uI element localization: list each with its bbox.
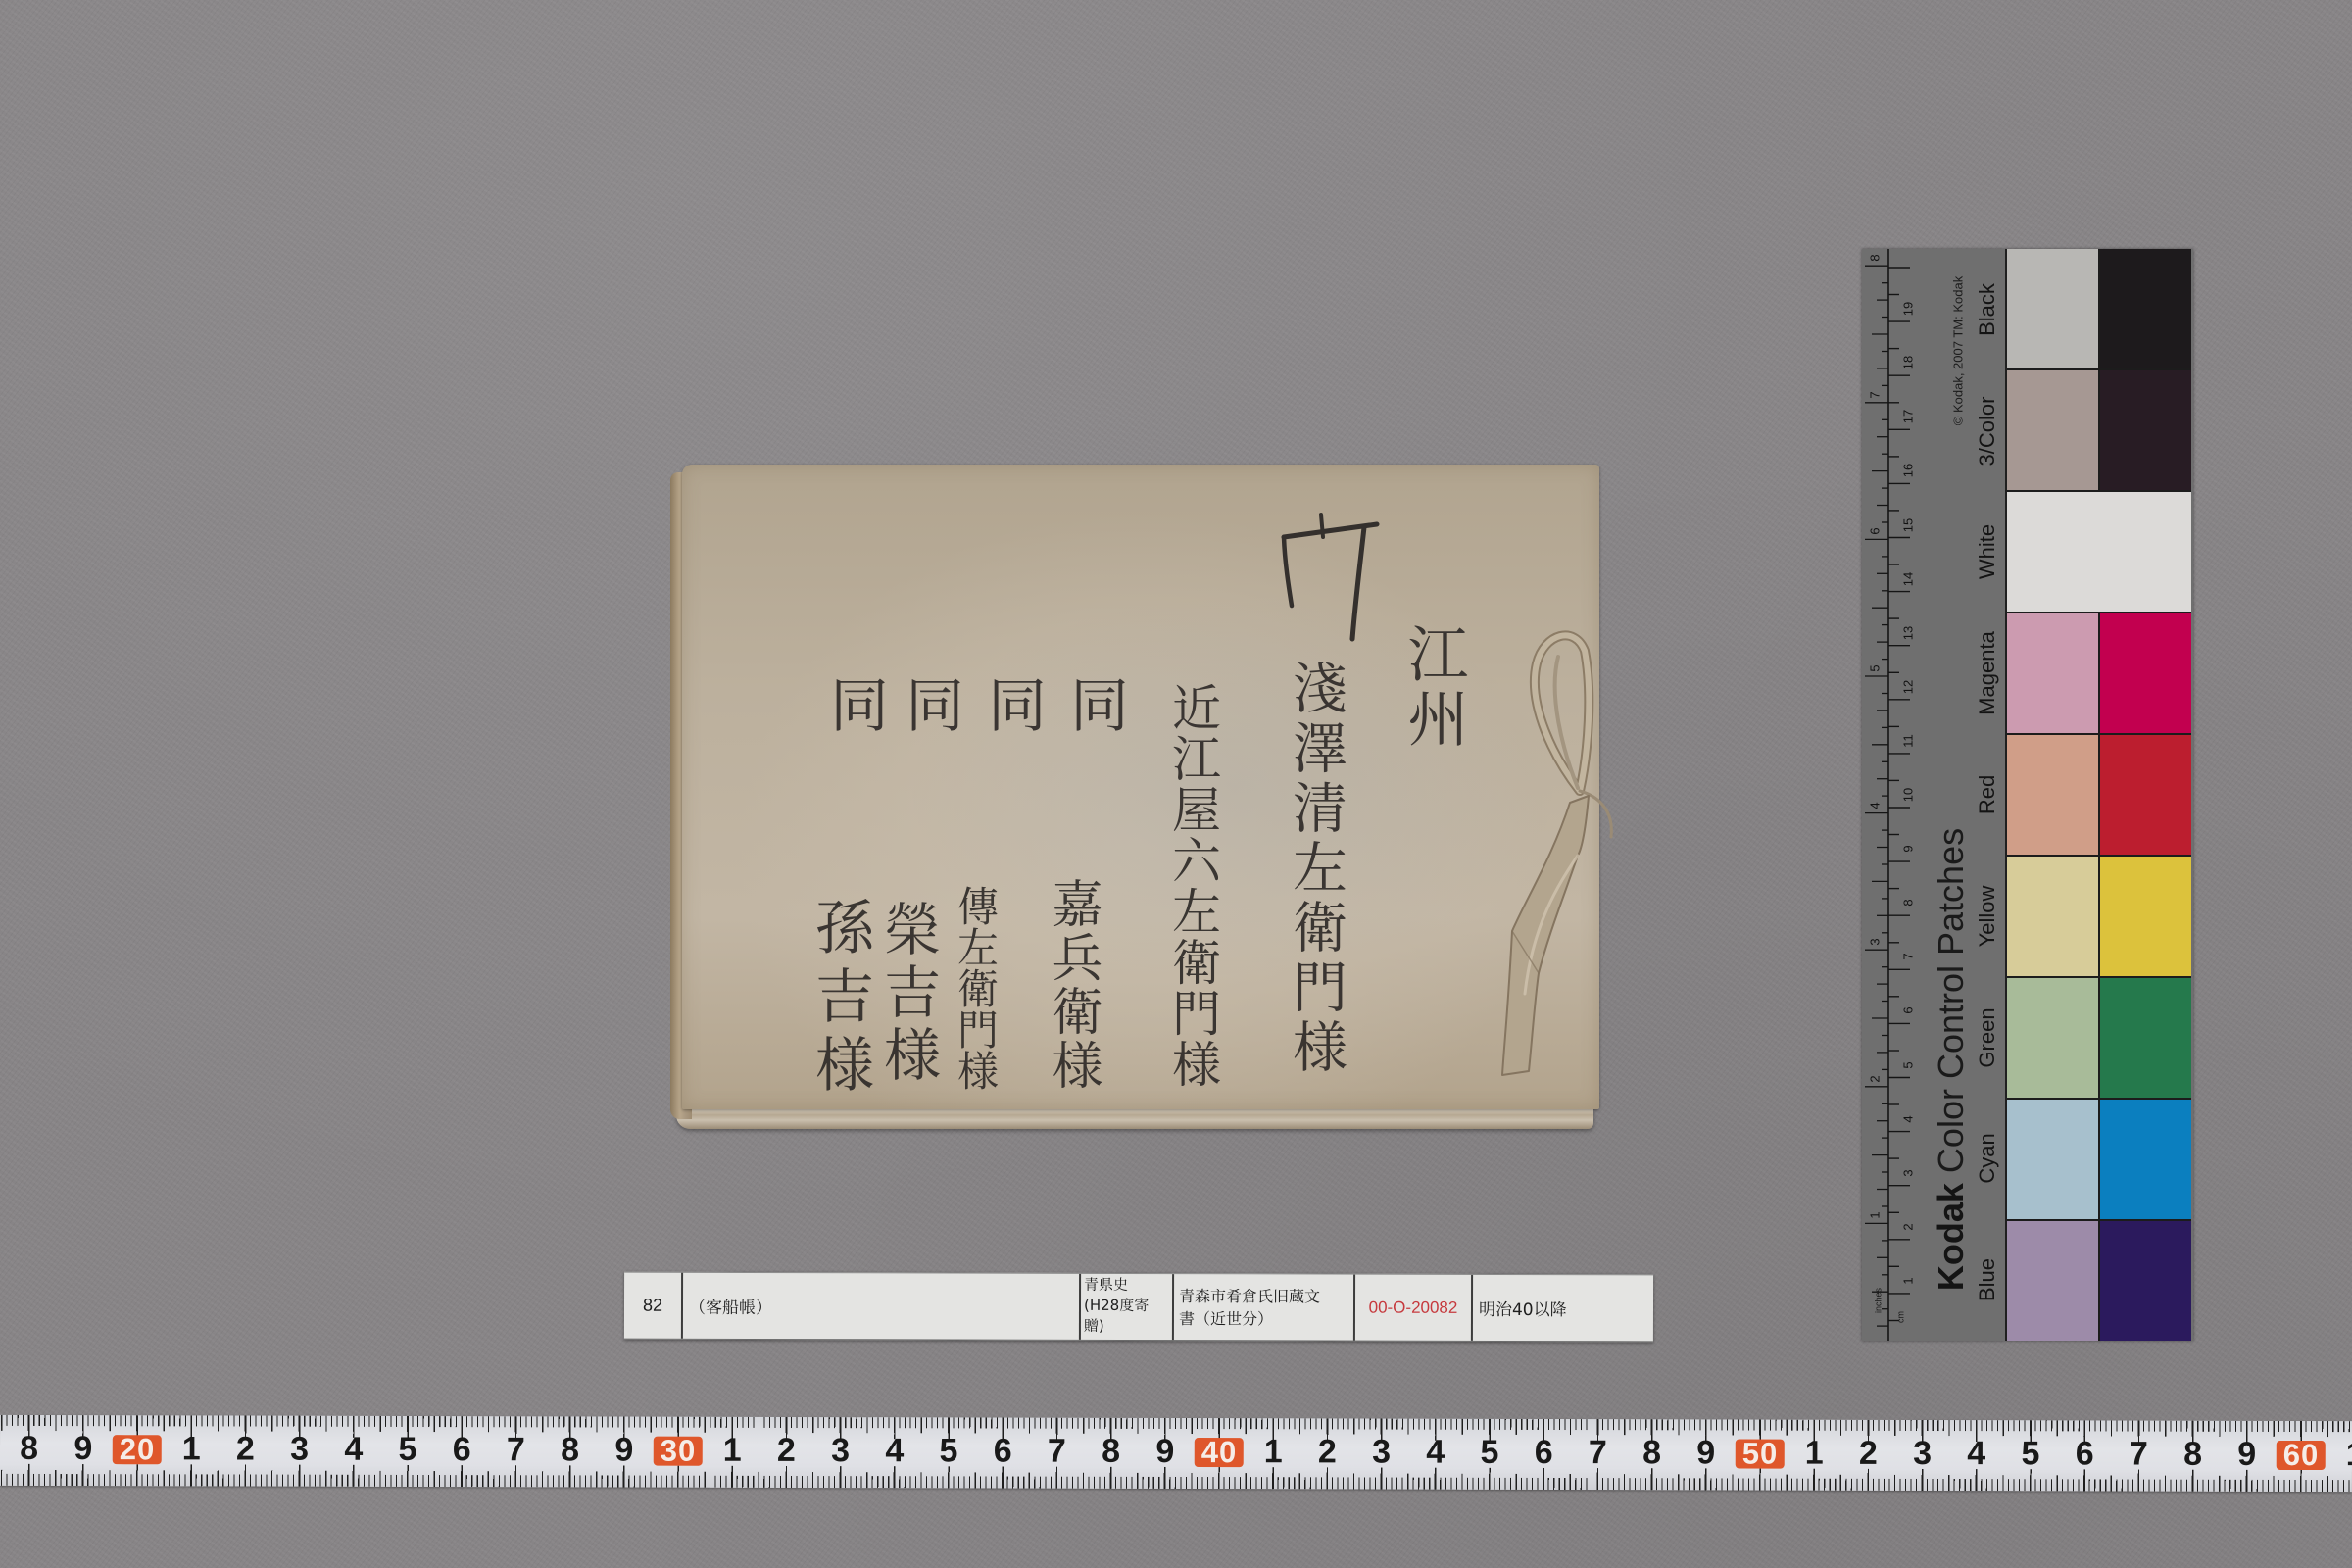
tape-cm-label: 1	[1264, 1432, 1283, 1471]
label-source-line: 書（近世分）	[1179, 1307, 1273, 1330]
binding-tie-icon	[670, 465, 1605, 1129]
cm-number: 9	[1902, 845, 1915, 852]
label-source: 青森市肴倉氏旧蔵文 書（近世分）	[1174, 1274, 1355, 1340]
measuring-tape: 8920123456789301234567894012345678950123…	[0, 1415, 2352, 1492]
card-ruler-strip: Kodak Color Control Patches © Kodak, 200…	[1862, 249, 2005, 1341]
tape-cm-label: 3	[1372, 1433, 1391, 1472]
patch-swatch-light	[2007, 1100, 2100, 1219]
document-booklet: 江州 淺澤清左衛門様 近江屋六左衛門様 同 嘉兵衛様 同 傳左衛門様 同 榮吉様…	[670, 465, 1605, 1129]
patch-row-3color	[2007, 370, 2191, 492]
inch-number: 3	[1869, 939, 1882, 946]
patch-swatch-dark	[2100, 857, 2191, 976]
label-collection: 青県史 (H28度寄 贈)	[1081, 1274, 1174, 1340]
patch-label: Cyan	[1977, 1134, 1998, 1184]
card-copyright: © Kodak, 2007 TM: Kodak	[1952, 276, 1965, 425]
tape-cm-label: 1	[2346, 1435, 2352, 1474]
label-collection-line: (H28度寄	[1084, 1296, 1149, 1316]
label-catalog-id: 00-O-20082	[1355, 1275, 1473, 1341]
cm-number: 10	[1902, 788, 1915, 802]
patch-label: Magenta	[1977, 631, 1998, 715]
patch-row-green	[2007, 978, 2191, 1100]
patch-swatch-dark	[2100, 613, 2191, 733]
cm-number: 1	[1902, 1277, 1915, 1284]
tape-cm-label: 5	[1480, 1433, 1498, 1472]
label-item-number: 82	[624, 1273, 683, 1339]
patch-swatch-light	[2007, 249, 2100, 368]
card-title: Kodak Color Control Patches	[1934, 828, 1969, 1291]
cm-number: 15	[1902, 517, 1915, 531]
tape-cm-label: 8	[1102, 1432, 1120, 1471]
patch-swatch-dark	[2100, 370, 2191, 490]
patch-label: Yellow	[1977, 885, 1998, 947]
tape-decade-label: 20	[113, 1435, 163, 1464]
patch-row-black	[2007, 249, 2191, 370]
catalog-label: 82 （客船帳） 青県史 (H28度寄 贈) 青森市肴倉氏旧蔵文 書（近世分） …	[624, 1272, 1653, 1343]
patch-swatch-dark	[2100, 735, 2191, 855]
tape-cm-label: 1	[1805, 1434, 1824, 1473]
card-title-text: Color Control Patches	[1931, 828, 1971, 1173]
label-date: 明治40以降	[1473, 1275, 1653, 1341]
patch-swatch-dark	[2100, 978, 2191, 1098]
inch-number: 8	[1869, 255, 1882, 262]
label-title: （客船帳）	[683, 1273, 1081, 1340]
patch-swatch-dark	[2100, 1221, 2191, 1341]
tape-cm-label: 1	[182, 1429, 201, 1468]
tape-cm-label: 3	[290, 1430, 309, 1469]
tape-cm-label: 5	[398, 1430, 416, 1469]
tape-cm-label: 4	[1967, 1434, 1985, 1473]
tape-cm-label: 6	[453, 1430, 471, 1469]
patch-swatch-dark	[2100, 1100, 2191, 1219]
tape-cm-label: 7	[1589, 1433, 1607, 1472]
tape-cm-label: 8	[2183, 1435, 2202, 1474]
unit-inches-label: inches	[1875, 1288, 1884, 1313]
tape-cm-label: 6	[2076, 1434, 2094, 1473]
tape-cm-label: 8	[1642, 1433, 1661, 1472]
tape-cm-label: 3	[831, 1431, 850, 1470]
patch-swatch-light	[2007, 370, 2100, 490]
patch-swatch-light	[2007, 1221, 2100, 1341]
tape-cm-label: 9	[73, 1429, 92, 1468]
tape-cm-label: 9	[614, 1431, 633, 1470]
patch-label: Red	[1977, 775, 1998, 814]
patch-row-cyan	[2007, 1100, 2191, 1221]
tape-decade-label: 30	[654, 1437, 704, 1466]
inch-number: 1	[1869, 1212, 1882, 1219]
tape-cm-label: 9	[2237, 1435, 2256, 1474]
tape-cm-label: 9	[1696, 1433, 1715, 1472]
tape-cm-label: 6	[1535, 1433, 1553, 1472]
tape-cm-label: 2	[777, 1431, 796, 1470]
cm-number: 6	[1902, 1007, 1915, 1014]
patch-row-magenta	[2007, 613, 2191, 735]
inch-number: 6	[1869, 528, 1882, 535]
kodak-logo-text: Kodak	[1931, 1183, 1971, 1291]
tape-cm-label: 2	[236, 1429, 255, 1468]
patch-row-yellow	[2007, 857, 2191, 978]
patch-label: 3/Color	[1977, 396, 1998, 465]
patch-label: Black	[1977, 283, 1998, 336]
tape-cm-label: 2	[1859, 1434, 1878, 1473]
patch-swatch	[2007, 492, 2191, 612]
cm-number: 17	[1902, 410, 1915, 423]
tape-cm-label: 8	[561, 1430, 579, 1469]
tape-cm-label: 7	[507, 1430, 525, 1469]
tape-decade-label: 60	[2277, 1441, 2327, 1470]
cm-number: 11	[1902, 734, 1915, 748]
tape-decade-label: 40	[1195, 1438, 1245, 1467]
patch-swatch-light	[2007, 735, 2100, 855]
patch-label: Blue	[1977, 1258, 1998, 1301]
tape-cm-label: 7	[2130, 1435, 2148, 1474]
cm-number: 14	[1902, 571, 1915, 585]
inch-number: 5	[1869, 664, 1882, 671]
patch-label: Green	[1977, 1007, 1998, 1067]
cm-number: 8	[1902, 900, 1915, 906]
cm-number: 16	[1902, 464, 1915, 477]
cm-number: 4	[1902, 1115, 1915, 1122]
patch-swatch-dark	[2100, 249, 2191, 368]
patch-swatch-light	[2007, 857, 2100, 976]
tape-cm-label: 8	[20, 1429, 38, 1468]
color-patches	[2005, 249, 2191, 1341]
patch-swatch-light	[2007, 978, 2100, 1098]
patch-row-white	[2007, 492, 2191, 613]
cm-number: 18	[1902, 356, 1915, 369]
inch-number: 2	[1869, 1075, 1882, 1082]
label-source-line: 青森市肴倉氏旧蔵文	[1179, 1285, 1320, 1307]
tape-cm-label: 2	[1318, 1432, 1337, 1471]
inch-number: 7	[1869, 391, 1882, 398]
cm-number: 3	[1902, 1169, 1915, 1176]
kodak-color-card: Kodak Color Control Patches © Kodak, 200…	[1862, 249, 2193, 1341]
cm-number: 2	[1902, 1223, 1915, 1230]
tape-cm-label: 3	[1913, 1434, 1932, 1473]
patch-swatch-light	[2007, 613, 2100, 733]
cm-number: 5	[1902, 1061, 1915, 1068]
patch-row-blue	[2007, 1221, 2191, 1341]
tape-cm-label: 1	[723, 1431, 742, 1470]
tape-cm-label: 4	[344, 1430, 363, 1469]
inch-number: 4	[1869, 802, 1882, 808]
tape-cm-label: 7	[1048, 1432, 1066, 1471]
label-collection-line: 青県史	[1084, 1275, 1128, 1296]
patch-label: White	[1977, 524, 1998, 579]
tape-decade-label: 50	[1736, 1439, 1786, 1468]
tape-cm-label: 5	[939, 1431, 957, 1470]
cm-number: 7	[1902, 954, 1915, 960]
cm-number: 12	[1902, 680, 1915, 694]
tape-cm-label: 5	[2021, 1434, 2039, 1473]
patch-row-red	[2007, 735, 2191, 857]
tape-cm-label: 4	[1426, 1433, 1445, 1472]
unit-cm-label: cm	[1897, 1311, 1906, 1323]
tape-cm-label: 4	[885, 1431, 904, 1470]
cm-number: 13	[1902, 625, 1915, 639]
cm-number: 19	[1902, 302, 1915, 316]
tape-cm-label: 6	[994, 1432, 1012, 1471]
tape-cm-label: 9	[1155, 1432, 1174, 1471]
label-collection-line: 贈)	[1084, 1316, 1104, 1337]
